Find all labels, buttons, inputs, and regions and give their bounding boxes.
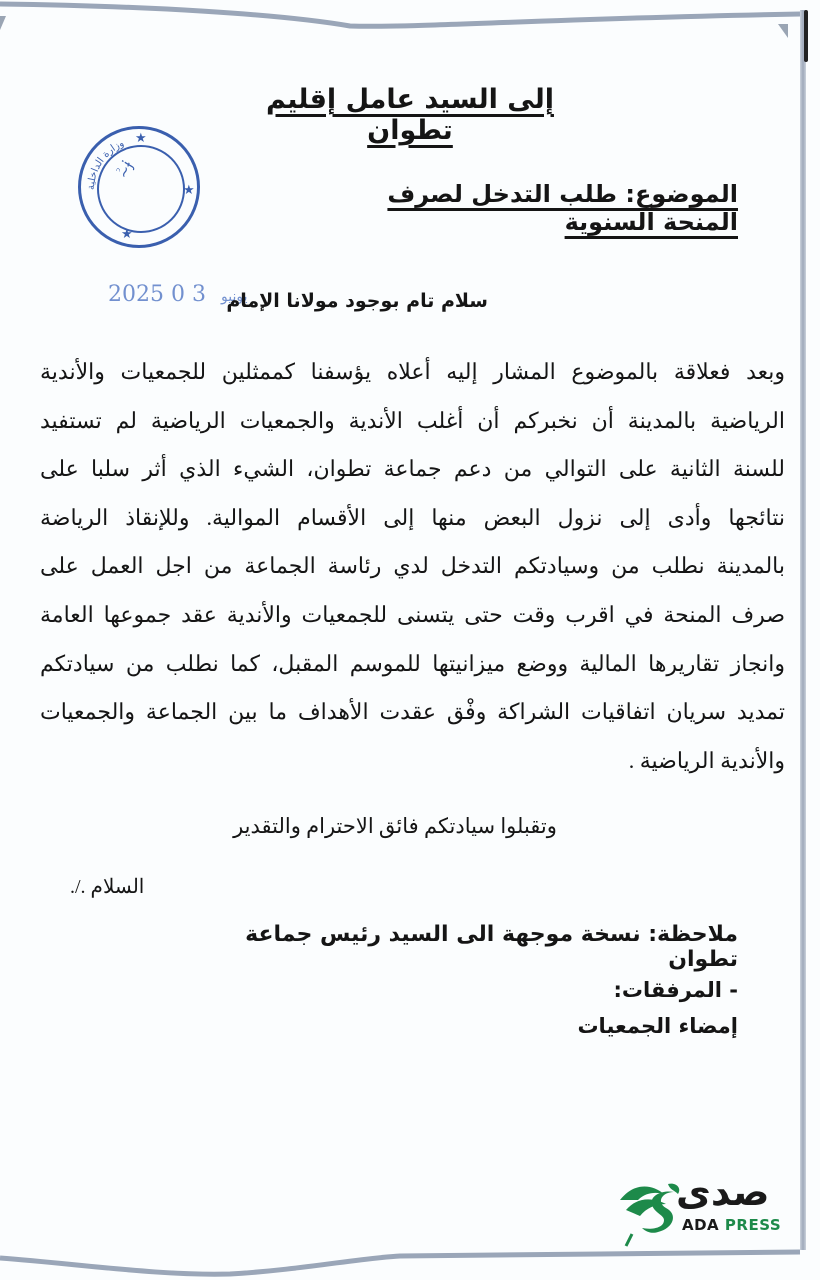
stamp-star-icon: ★ bbox=[183, 183, 195, 198]
body-line: وبعد فعلاقة بالموضوع المشار إليه أعلاه ي… bbox=[40, 348, 785, 397]
stamp-star-icon: ★ bbox=[121, 227, 133, 242]
stamp-ring-text: وزارة الداخلية bbox=[81, 129, 203, 251]
greeting: سلام تام بوجود مولانا الإمام bbox=[188, 290, 488, 312]
closing-line: وتقبلوا سيادتكم فائق الاحترام والتقدير bbox=[215, 814, 575, 839]
subject-line: الموضوع: طلب التدخل لصرف المنحة السنوية bbox=[308, 180, 738, 236]
body-line: والأندية الرياضية . bbox=[40, 737, 785, 786]
copy-note: ملاحظة: نسخة موجهة الى السيد رئيس جماعة … bbox=[208, 922, 738, 972]
stamp-star-icon: ★ bbox=[135, 131, 147, 146]
attachments-label: - المرفقات: bbox=[538, 978, 738, 1002]
letter-body: وبعد فعلاقة بالموضوع المشار إليه أعلاه ي… bbox=[40, 348, 785, 785]
logo-latin-text: ADA PRESS bbox=[682, 1216, 781, 1234]
logo-arabic-text: صدى bbox=[676, 1170, 770, 1214]
date-stamp-year: 2025 bbox=[108, 282, 164, 307]
logo-text-suffix: PRESS bbox=[725, 1216, 781, 1234]
body-line: بالمدينة نطلب من وسيادتكم التدخل لدي رئا… bbox=[40, 542, 785, 591]
body-line: الرياضية بالمدينة أن نخبركم أن أغلب الأن… bbox=[40, 397, 785, 446]
attachment-item: إمضاء الجمعيات bbox=[538, 1014, 738, 1038]
body-line: نتائجها وأدى إلى نزول البعض منها إلى الأ… bbox=[40, 494, 785, 543]
official-stamp: وزارة الداخلية ★ ★ ★ ࣿ~ɉ bbox=[78, 126, 200, 248]
logo-text-prefix: ADA bbox=[682, 1216, 719, 1234]
addressee-heading: إلى السيد عامل إقليم تطوان bbox=[240, 84, 580, 146]
body-line: للسنة الثانية على التوالي من دعم جماعة ت… bbox=[40, 445, 785, 494]
stamp-signature: ࣿ~ɉ bbox=[114, 159, 137, 181]
body-line: صرف المنحة في اقرب وقت حتى يتسنى للجمعيا… bbox=[40, 591, 785, 640]
svg-text:وزارة الداخلية: وزارة الداخلية bbox=[86, 138, 126, 190]
letter-document: إلى السيد عامل إقليم تطوان وزارة الداخلي… bbox=[0, 0, 820, 1280]
stamp-outer-text: وزارة الداخلية bbox=[86, 138, 126, 190]
body-line: تمديد سريان اتفاقيات الشراكة وفْق عقدت ا… bbox=[40, 688, 785, 737]
salam-line: السلام ./. bbox=[70, 874, 210, 899]
sada-press-watermark: صدى ADA PRESS bbox=[612, 1170, 792, 1250]
body-line: وانجاز تقاريرها المالية ووضع ميزانيتها ل… bbox=[40, 640, 785, 689]
